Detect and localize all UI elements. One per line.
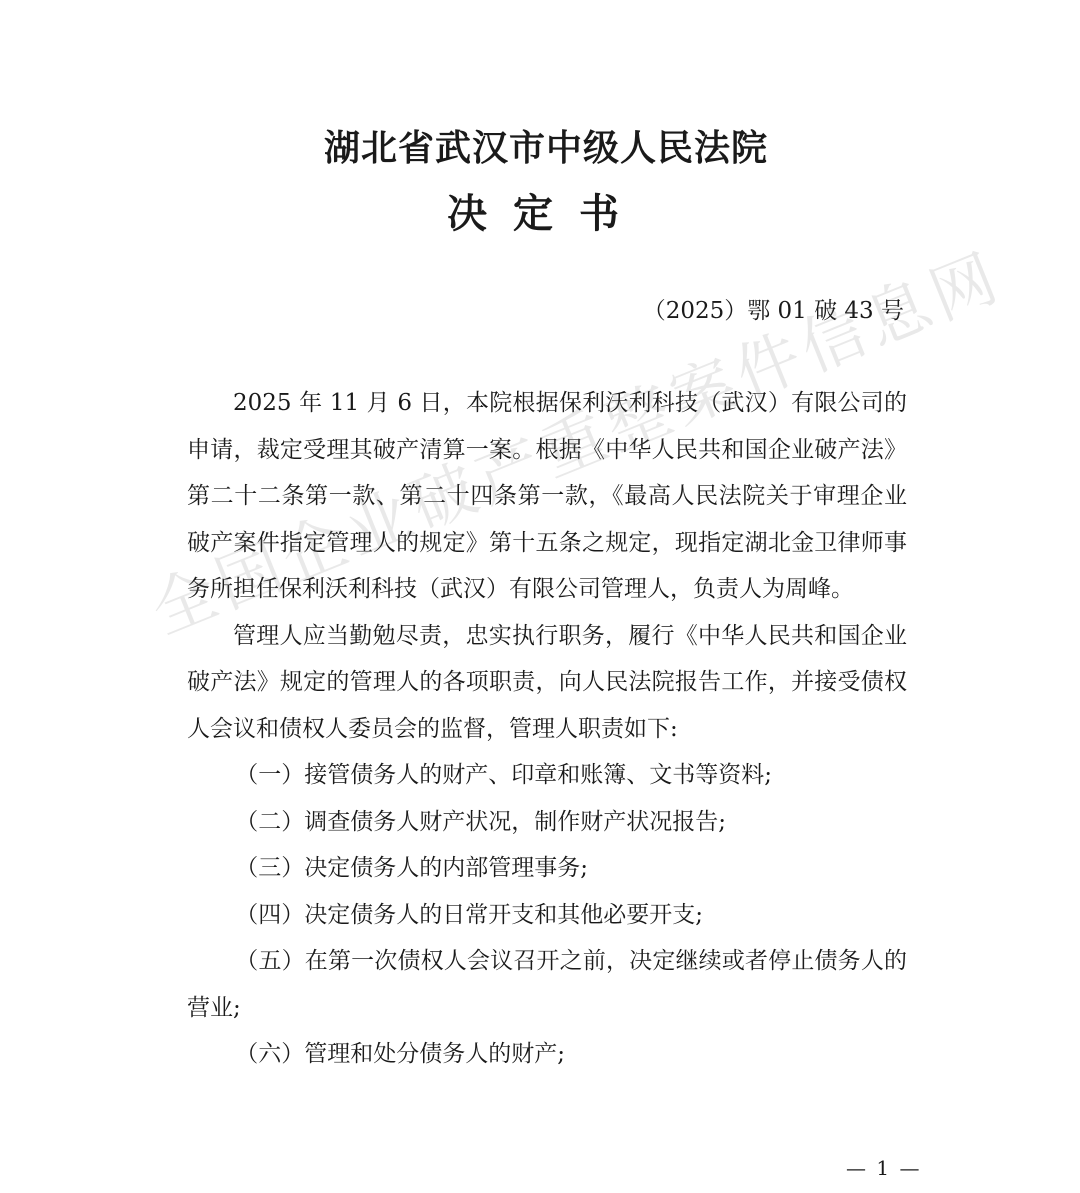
- duty-item: （六）管理和处分债务人的财产;: [187, 1031, 907, 1078]
- paragraph-duties-intro: 管理人应当勤勉尽责，忠实执行职务，履行《中华人民共和国企业破产法》规定的管理人的…: [187, 613, 907, 753]
- duty-item: （一）接管债务人的财产、印章和账簿、文书等资料;: [187, 752, 907, 799]
- case-number: （2025）鄂 01 破 43 号: [643, 292, 904, 325]
- duty-item: （五）在第一次债权人会议召开之前，决定继续或者停止债务人的营业;: [187, 938, 907, 1031]
- paragraph-appointment: 2025 年 11 月 6 日，本院根据保利沃利科技（武汉）有限公司的申请，裁定…: [187, 380, 907, 613]
- document-body: 2025 年 11 月 6 日，本院根据保利沃利科技（武汉）有限公司的申请，裁定…: [187, 380, 907, 1078]
- document-type-title: 决定书: [0, 182, 1080, 239]
- duty-item: （四）决定债务人的日常开支和其他必要开支;: [187, 892, 907, 939]
- court-name: 湖北省武汉市中级人民法院: [0, 120, 1080, 171]
- document-page: 湖北省武汉市中级人民法院 决定书 （2025）鄂 01 破 43 号 2025 …: [0, 0, 1080, 1193]
- duty-item: （三）决定债务人的内部管理事务;: [187, 845, 907, 892]
- duty-item: （二）调查债务人财产状况，制作财产状况报告;: [187, 799, 907, 846]
- page-number: — 1 —: [846, 1156, 921, 1180]
